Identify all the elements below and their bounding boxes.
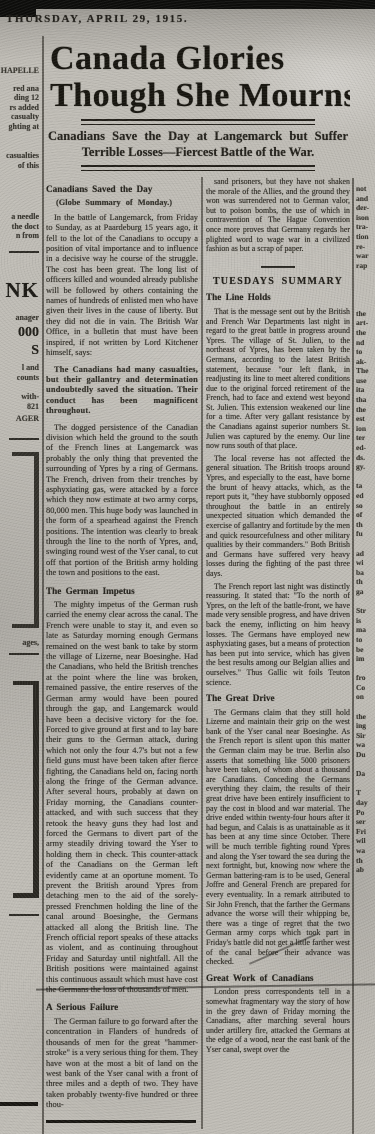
summary-heading: TUESDAYS SUMMARY (206, 277, 350, 287)
col-heading: A Serious Failure (46, 1002, 198, 1012)
paragraph: London press correspondents tell in a so… (206, 987, 350, 1054)
subheadline-line2: Terrible Losses—Fiercest Battle of the W… (48, 145, 348, 161)
margin-rule (9, 251, 39, 253)
subhead-divider (81, 165, 315, 171)
subheadline: Canadians Save the Day at Langemarck but… (48, 129, 348, 160)
margin-fragment: with- (0, 392, 39, 402)
col-heading: The German Impetus (46, 586, 198, 596)
margin-rule (9, 653, 39, 655)
paragraph: sand prisoners, but they have not shaken… (206, 177, 350, 254)
col-heading: Canadians Saved the Day (46, 184, 198, 194)
paragraph-bold: The Canadians had many casualties, but t… (46, 365, 198, 417)
page-top-ink-bar (0, 0, 375, 9)
margin-fragment: ages, (0, 638, 39, 648)
margin-fragment: AGER (0, 414, 39, 424)
margin-fragment: red ana (0, 84, 39, 94)
margin-bracket (13, 681, 39, 898)
margin-fragment: ding 12 (0, 93, 39, 103)
paragraph: The French report last night was distinc… (206, 582, 350, 688)
margin-fragment: casualty (0, 112, 39, 122)
newspaper-page: THURSDAY, APRIL 29, 1915. HAPELLEred ana… (0, 0, 375, 1134)
margin-fragment: anager (0, 313, 39, 323)
margin-fragment: NK (0, 279, 39, 301)
paragraph: The mighty impetus of the German rush ca… (46, 600, 198, 995)
margin-fragment: n from (0, 231, 39, 241)
column-rule-right (352, 178, 354, 1134)
margin-fragment: l and (0, 363, 39, 373)
subheadline-line1: Canadians Save the Day at Langemarck but… (48, 129, 348, 145)
margin-fragment: casualties (0, 151, 39, 161)
margin-rule (9, 914, 39, 916)
margin-fragment: of this (0, 161, 39, 171)
margin-end-bar (0, 1102, 38, 1106)
column-end-bar (46, 1120, 196, 1123)
byline: (Globe Summary of Monday.) (46, 198, 198, 208)
margin-rule (9, 438, 39, 440)
column-rule-left (42, 36, 44, 1134)
margin-fragment: 000 (0, 325, 39, 340)
paragraph: The dogged persistence of the Canadian d… (46, 423, 198, 579)
paragraph: The German failure to go forward after t… (46, 1017, 198, 1111)
headline: Canada Glories Though She Mourns (46, 26, 350, 114)
margin-bracket (12, 452, 39, 628)
date-line: THURSDAY, APRIL 29, 1915. (6, 13, 188, 25)
col-heading: The Line Holds (206, 293, 350, 303)
headline-line1: Canada Glories (50, 40, 350, 77)
margin-fragment: a needle (0, 212, 39, 222)
right-margin-column: not and der- ison tra- tion re- war rap … (356, 184, 375, 1134)
left-margin-column: HAPELLEred anading 12rs addedcasualtyght… (0, 30, 39, 1134)
col-heading: The Great Drive (206, 694, 350, 704)
article-main: Canada Glories Though She Mourns Canadia… (46, 26, 350, 1134)
margin-fragment: HAPELLE (0, 66, 39, 76)
margin-fragment: rs added (0, 103, 39, 113)
paragraph: That is the message sent out by the Brit… (206, 307, 350, 451)
rule (261, 266, 295, 268)
margin-fragment: counts (0, 373, 39, 383)
col-heading: Great Work of Canadians (206, 974, 350, 984)
margin-fragment: the doct (0, 222, 39, 232)
margin-fragment: S (0, 343, 39, 358)
margin-fragment: 821 (0, 402, 39, 412)
headline-line2: Though She Mourns (50, 77, 350, 114)
paragraph: The local reverse has not affected the g… (206, 454, 350, 579)
margin-fragment: ghting at (0, 122, 39, 132)
headline-divider (81, 119, 315, 125)
paragraph: The Germans claim that they still hold L… (206, 708, 350, 967)
paragraph: In the battle of Langemarck, from Friday… (46, 213, 198, 359)
